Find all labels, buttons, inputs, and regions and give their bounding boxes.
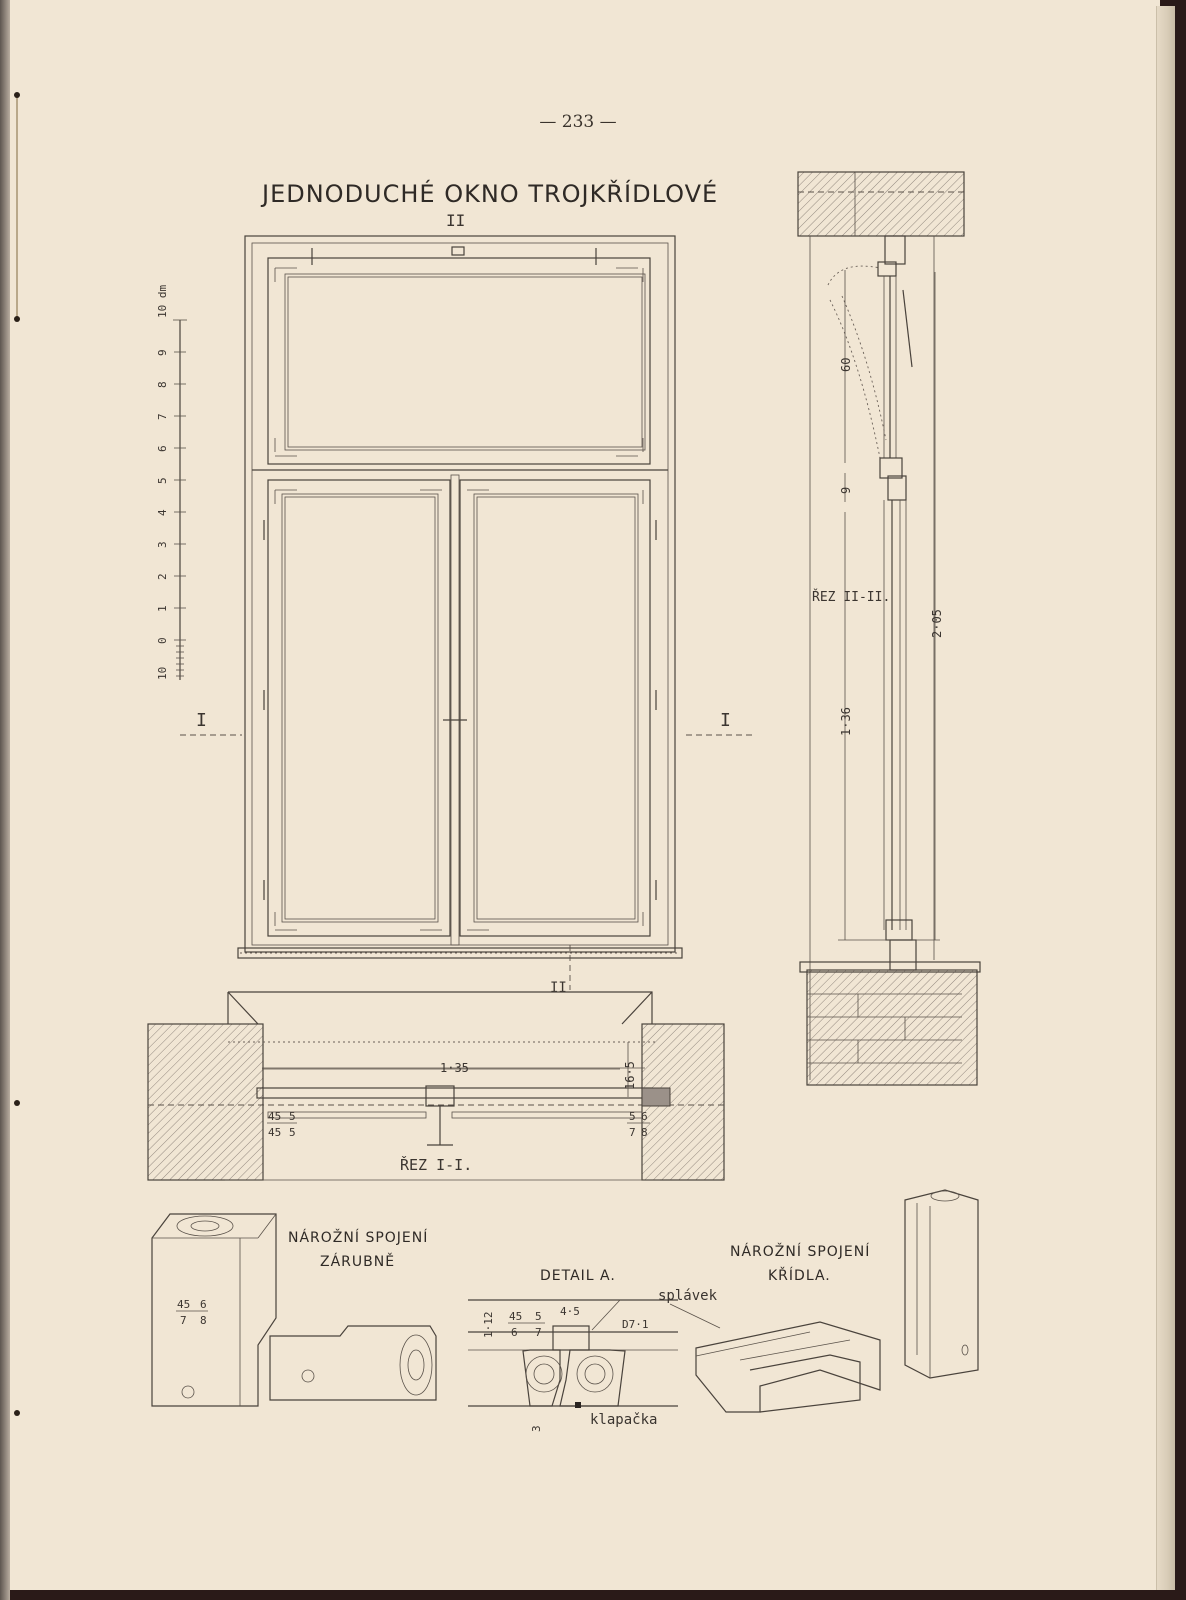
corner-sash-title-2: KŘÍDLA. [768, 1267, 831, 1284]
svg-text:6: 6 [200, 1298, 207, 1311]
svg-text:6: 6 [511, 1326, 518, 1339]
svg-text:5: 5 [289, 1110, 296, 1123]
klapacka-callout: klapačka [590, 1412, 657, 1428]
dim-136: 1·36 [839, 707, 853, 736]
corner-frame-title-1: NÁROŽNÍ SPOJENÍ [288, 1228, 428, 1246]
dim-60: 60 [839, 358, 853, 372]
technical-drawing: JEDNODUCHÉ OKNO TROJKŘÍDLOVÉ II 10 dm 9 … [0, 0, 1186, 1600]
splavek-callout: splávek [658, 1288, 718, 1304]
window-elevation [180, 236, 752, 990]
svg-text:4·5: 4·5 [560, 1305, 580, 1318]
section-ii-ii [798, 172, 980, 1085]
section-i-i [148, 992, 724, 1180]
svg-text:2: 2 [156, 573, 169, 580]
svg-text:D7·1: D7·1 [622, 1318, 649, 1331]
dim-205: 2·05 [930, 609, 944, 638]
svg-text:6: 6 [156, 445, 169, 452]
svg-text:10 dm: 10 dm [156, 285, 169, 318]
section-marker-top: II [446, 211, 465, 230]
svg-text:45: 45 [509, 1310, 522, 1323]
dim-9: 9 [839, 487, 853, 494]
svg-text:1: 1 [156, 605, 169, 612]
svg-text:45: 45 [177, 1298, 190, 1311]
detail-a-fraction: 45 5 6 7 [508, 1310, 545, 1339]
svg-text:0: 0 [156, 637, 169, 644]
section-i-label: ŘEZ I-I. [400, 1155, 472, 1174]
scale-bar: 10 dm 9 8 7 6 5 4 3 2 1 0 10 [156, 285, 187, 680]
svg-text:45: 45 [268, 1126, 281, 1139]
svg-text:4: 4 [156, 509, 169, 516]
svg-text:8: 8 [641, 1126, 648, 1139]
corner-frame-fraction: 45 6 7 8 [176, 1298, 208, 1327]
fraction-left: 45 5 45 5 [267, 1110, 297, 1139]
detail-a-title: DETAIL A. [540, 1268, 616, 1284]
svg-text:7: 7 [156, 413, 169, 420]
svg-text:45: 45 [268, 1110, 281, 1123]
svg-text:3: 3 [530, 1425, 543, 1432]
svg-text:5: 5 [289, 1126, 296, 1139]
svg-text:10: 10 [156, 667, 169, 680]
section-marker-left: I [196, 710, 207, 731]
svg-text:7: 7 [180, 1314, 187, 1327]
svg-text:6: 6 [641, 1110, 648, 1123]
section-marker-bottom: II [550, 980, 567, 996]
svg-text:3: 3 [156, 541, 169, 548]
section-marker-right: I [720, 710, 731, 731]
section-ii-label: ŘEZ II-II. [812, 589, 890, 605]
svg-text:8: 8 [156, 381, 169, 388]
svg-text:9: 9 [156, 349, 169, 356]
svg-text:7: 7 [629, 1126, 636, 1139]
dim-135: 1·35 [440, 1061, 469, 1075]
dim-16-5: 16·5 [623, 1061, 637, 1090]
svg-text:8: 8 [200, 1314, 207, 1327]
corner-frame-title-2: ZÁRUBNĚ [320, 1253, 395, 1270]
figure-title: JEDNODUCHÉ OKNO TROJKŘÍDLOVÉ [260, 179, 718, 208]
svg-text:5: 5 [535, 1310, 542, 1323]
corner-sash-title-1: NÁROŽNÍ SPOJENÍ [730, 1242, 870, 1260]
svg-text:5: 5 [629, 1110, 636, 1123]
svg-text:1·12: 1·12 [482, 1312, 495, 1339]
svg-text:7: 7 [535, 1326, 542, 1339]
svg-text:5: 5 [156, 477, 169, 484]
